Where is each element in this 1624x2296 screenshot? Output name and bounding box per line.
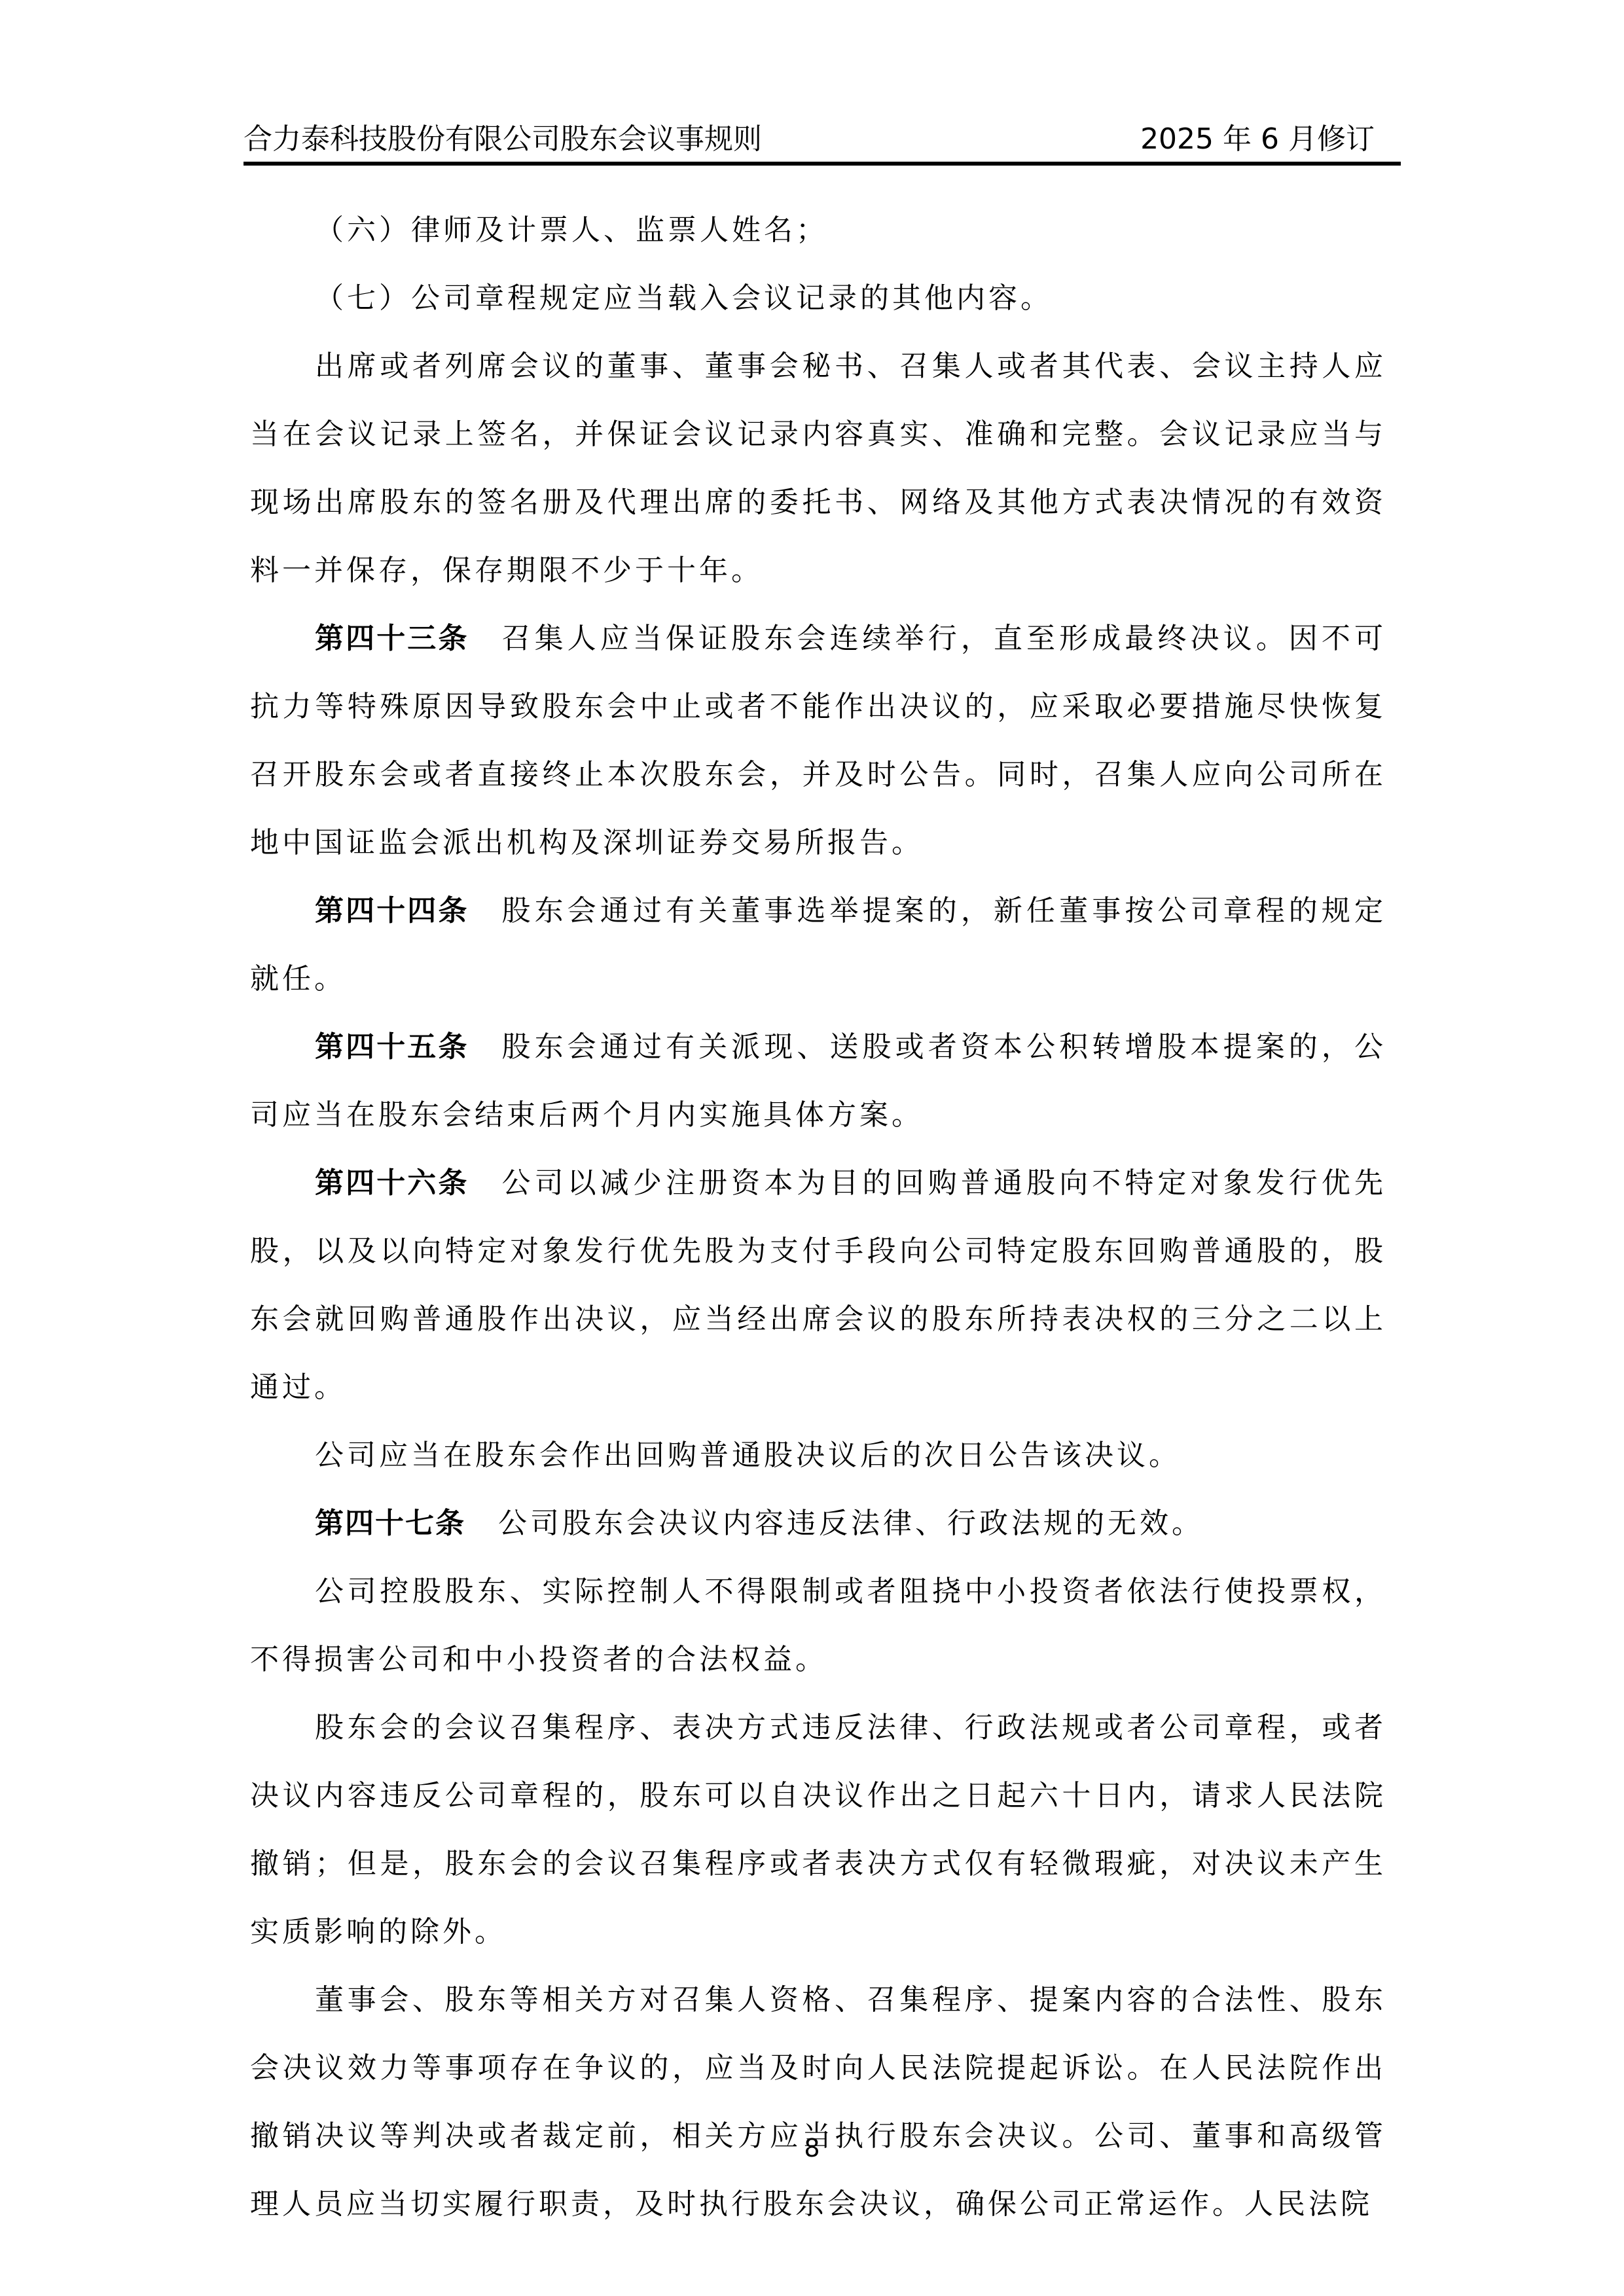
paragraph: 董事会、股东等相关方对召集人资格、召集程序、提案内容的合法性、股东会决议效力等事…: [250, 1966, 1386, 2238]
article-43: 第四十三条召集人应当保证股东会连续举行，直至形成最终决议。因不可抗力等特殊原因导…: [250, 605, 1386, 877]
paragraph-text: 公司以减少注册资本为目的回购普通股向不特定对象发行优先股，以及以向特定对象发行优…: [250, 1166, 1386, 1404]
paragraph-text: 公司控股股东、实际控制人不得限制或者阻挠中小投资者依法行使投票权，不得损害公司和…: [250, 1575, 1386, 1676]
document-body: （六）律师及计票人、监票人姓名； （七）公司章程规定应当载入会议记录的其他内容。…: [250, 196, 1386, 2238]
article-number: 第四十六条: [315, 1166, 469, 1200]
paragraph: 股东会的会议召集程序、表决方式违反法律、行政法规或者公司章程，或者决议内容违反公…: [250, 1694, 1386, 1966]
article-number: 第四十五条: [315, 1030, 469, 1064]
header-rule: [244, 162, 1401, 166]
paragraph-text: 出席或者列席会议的董事、董事会秘书、召集人或者其代表、会议主持人应当在会议记录上…: [250, 350, 1386, 587]
revision-date: 2025 年 6 月修订: [1140, 117, 1375, 162]
paragraph: （六）律师及计票人、监票人姓名；: [250, 196, 1386, 264]
paragraph-text: 董事会、股东等相关方对召集人资格、召集程序、提案内容的合法性、股东会决议效力等事…: [250, 1983, 1386, 2221]
paragraph: 公司控股股东、实际控制人不得限制或者阻挠中小投资者依法行使投票权，不得损害公司和…: [250, 1558, 1386, 1694]
article-44: 第四十四条股东会通过有关董事选举提案的，新任董事按公司章程的规定就任。: [250, 877, 1386, 1013]
document-title: 合力泰科技股份有限公司股东会议事规则: [244, 117, 762, 162]
paragraph-text: （六）律师及计票人、监票人姓名；: [315, 213, 828, 247]
paragraph-text: 召集人应当保证股东会连续举行，直至形成最终决议。因不可抗力等特殊原因导致股东会中…: [250, 622, 1386, 859]
paragraph-text: 公司应当在股东会作出回购普通股决议后的次日公告该决议。: [315, 1439, 1181, 1472]
page-header: 合力泰科技股份有限公司股东会议事规则 2025 年 6 月修订: [244, 117, 1401, 162]
article-number: 第四十三条: [315, 622, 469, 655]
paragraph-text: 股东会的会议召集程序、表决方式违反法律、行政法规或者公司章程，或者决议内容违反公…: [250, 1711, 1386, 1948]
paragraph-text: （七）公司章程规定应当载入会议记录的其他内容。: [315, 281, 1053, 315]
article-number: 第四十七条: [315, 1507, 465, 1540]
article-number: 第四十四条: [315, 894, 469, 927]
paragraph: （七）公司章程规定应当载入会议记录的其他内容。: [250, 264, 1386, 332]
article-46: 第四十六条公司以减少注册资本为目的回购普通股向不特定对象发行优先股，以及以向特定…: [250, 1149, 1386, 1422]
paragraph: 出席或者列席会议的董事、董事会秘书、召集人或者其代表、会议主持人应当在会议记录上…: [250, 332, 1386, 605]
page-number: 8: [0, 2134, 1624, 2162]
article-45: 第四十五条股东会通过有关派现、送股或者资本公积转增股本提案的，公司应当在股东会结…: [250, 1013, 1386, 1149]
paragraph: 公司应当在股东会作出回购普通股决议后的次日公告该决议。: [250, 1422, 1386, 1490]
article-47: 第四十七条公司股东会决议内容违反法律、行政法规的无效。: [250, 1490, 1386, 1558]
paragraph-text: 公司股东会决议内容违反法律、行政法规的无效。: [498, 1507, 1204, 1540]
